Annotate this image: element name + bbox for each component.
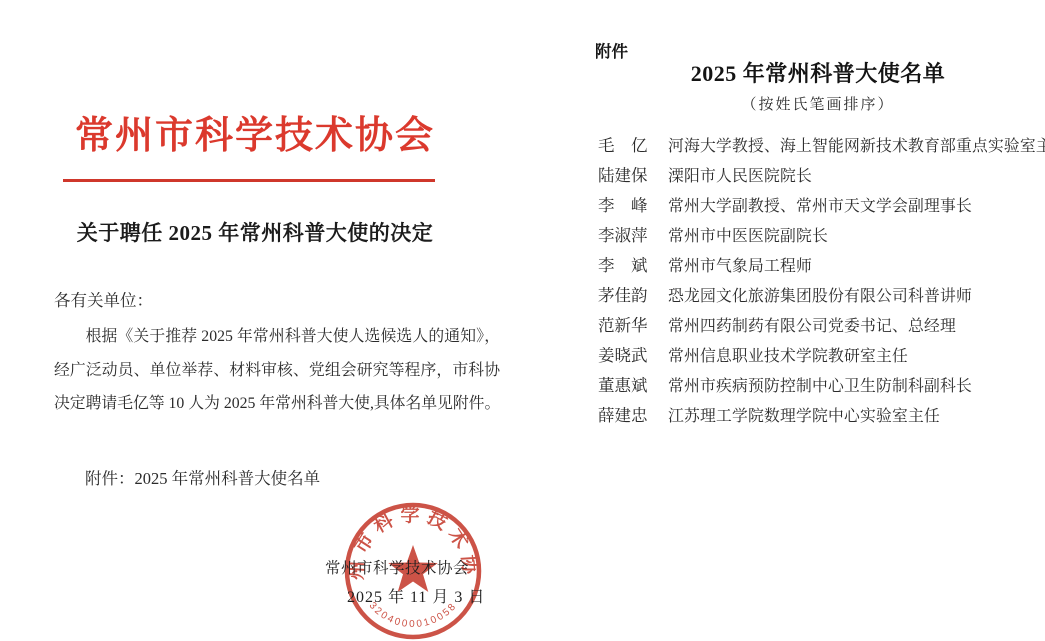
- ambassador-row: 董惠斌 常州市疾病预防控制中心卫生防制科副科长: [598, 369, 1045, 399]
- body-paragraph: 根据《关于推荐 2025 年常州科普大使人选候选人的通知》， 经广泛动员、单位举…: [54, 320, 500, 421]
- ambassador-row: 李淑萍 常州市中医医院副院长: [598, 219, 1045, 249]
- ambassador-row: 范新华 常州四药制药有限公司党委书记、总经理: [598, 309, 1045, 339]
- ambassador-title: 常州信息职业技术学院教研室主任: [668, 343, 908, 366]
- ambassador-name: 薛建忠: [598, 402, 652, 426]
- body-line: 决定聘请毛亿等 10 人为 2025 年常州科普大使,具体名单见附件。: [54, 387, 500, 421]
- ambassador-title: 常州大学副教授、常州市天文学会副理事长: [668, 193, 972, 216]
- ambassador-row: 陆建保 溧阳市人民医院院长: [598, 159, 1045, 189]
- ambassador-name: 李 峰: [598, 192, 652, 216]
- ambassador-list-title: 2025 年常州科普大使名单: [590, 57, 1045, 88]
- salutation: 各有关单位：: [54, 287, 153, 311]
- ambassador-row: 李 峰 常州大学副教授、常州市天文学会副理事长: [598, 189, 1045, 219]
- letterhead-divider: [63, 179, 435, 182]
- ambassador-list: 毛 亿 河海大学教授、海上智能网新技术教育部重点实验室主任 陆建保 溧阳市人民医…: [598, 129, 1045, 429]
- ambassador-row: 李 斌 常州市气象局工程师: [598, 249, 1045, 279]
- ambassador-title: 恐龙园文化旅游集团股份有限公司科普讲师: [668, 283, 972, 306]
- ambassador-name: 姜晓武: [598, 342, 652, 366]
- ambassador-name: 茅佳韵: [598, 282, 652, 306]
- body-line: 经广泛动员、单位举荐、材料审核、党组会研究等程序，市科协: [54, 354, 500, 388]
- ambassador-title: 常州市气象局工程师: [668, 253, 812, 276]
- ambassador-title: 江苏理工学院数理学院中心实验室主任: [668, 403, 940, 426]
- document-canvas: 常州市科学技术协会 关于聘任 2025 年常州科普大使的决定 各有关单位： 根据…: [0, 0, 1045, 641]
- signature-org-name: 常州市科学技术协会: [325, 556, 469, 578]
- ambassador-row: 茅佳韵 恐龙园文化旅游集团股份有限公司科普讲师: [598, 279, 1045, 309]
- attachment-note: 附件：2025 年常州科普大使名单: [85, 465, 320, 489]
- ambassador-title: 河海大学教授、海上智能网新技术教育部重点实验室主任: [668, 133, 1045, 156]
- ambassador-name: 李淑萍: [598, 222, 652, 246]
- ambassador-name: 陆建保: [598, 162, 652, 186]
- ambassador-row: 薛建忠 江苏理工学院数理学院中心实验室主任: [598, 399, 1045, 429]
- ambassador-title: 常州市疾病预防控制中心卫生防制科副科长: [668, 373, 972, 396]
- ambassador-row: 毛 亿 河海大学教授、海上智能网新技术教育部重点实验室主任: [598, 129, 1045, 159]
- ambassador-name: 毛 亿: [598, 132, 652, 156]
- ambassador-title: 溧阳市人民医院院长: [668, 163, 812, 186]
- ambassador-title: 常州市中医医院副院长: [668, 223, 828, 246]
- body-line: 根据《关于推荐 2025 年常州科普大使人选候选人的通知》，: [54, 320, 500, 354]
- ambassador-name: 范新华: [598, 312, 652, 336]
- ambassador-title: 常州四药制药有限公司党委书记、总经理: [668, 313, 956, 336]
- signature-date: 2025 年 11 月 3 日: [347, 584, 485, 607]
- ambassador-name: 李 斌: [598, 252, 652, 276]
- ambassador-name: 董惠斌: [598, 372, 652, 396]
- ambassador-list-subtitle: （按姓氏笔画排序）: [590, 93, 1045, 114]
- letterhead-org-title: 常州市科学技术协会: [0, 104, 510, 159]
- document-title: 关于聘任 2025 年常州科普大使的决定: [0, 217, 510, 247]
- ambassador-row: 姜晓武 常州信息职业技术学院教研室主任: [598, 339, 1045, 369]
